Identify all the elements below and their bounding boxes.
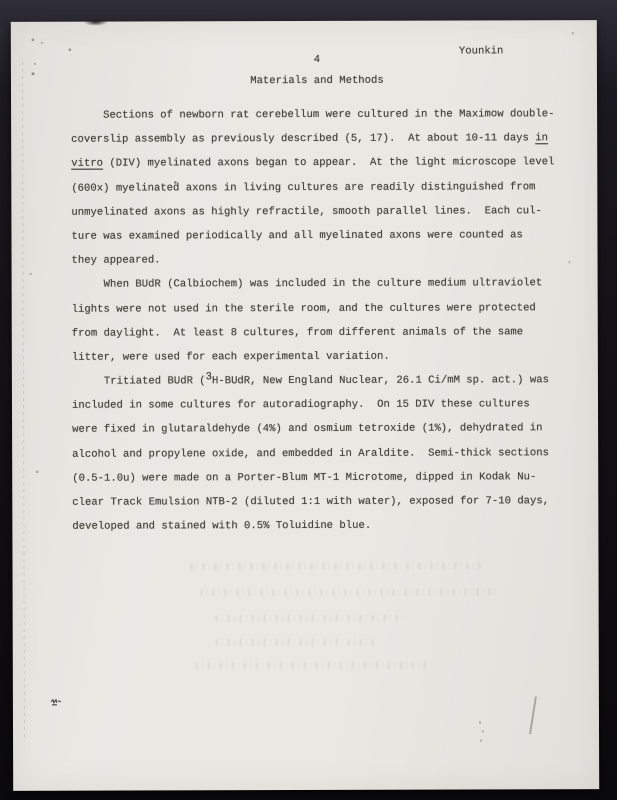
text-line: alcohol and propylene oxide, and embedde… [72, 441, 574, 467]
text-line: ture was examined periodically and all m… [71, 223, 573, 249]
ghost-impression [201, 588, 501, 596]
ink-smudge [49, 696, 65, 714]
text-line: (600x) myelinated axons in living cultur… [71, 175, 573, 201]
text-line: coverslip assembly as previously describ… [71, 126, 573, 152]
text-line: included in some cultures for autoradiog… [72, 392, 574, 418]
ghost-impression [216, 639, 376, 647]
paragraphs: Sections of newborn rat cerebellum were … [71, 102, 574, 539]
page-number: 4 [71, 53, 563, 67]
ghost-impression [216, 615, 406, 623]
text-line: lights were not used in the sterile room… [72, 296, 574, 322]
paper-specks [11, 22, 13, 24]
text-line: litter, were used for each experimental … [72, 344, 574, 370]
text-line: developed and stained with 0.5% Toluidin… [72, 513, 574, 539]
text-line: were fixed in glutaraldehyde (4%) and os… [72, 417, 574, 443]
text-line: Sections of newborn rat cerebellum were … [71, 102, 573, 128]
text-line: vitro (DIV) myelinated axons began to ap… [71, 151, 573, 177]
text-line: clear Track Emulsion NTB-2 (diluted 1:1 … [72, 489, 574, 515]
text-line: they appeared. [72, 247, 574, 273]
text-line: unmyelinated axons as highly refractile,… [71, 199, 573, 225]
section-heading: Materials and Methods [71, 74, 563, 88]
ghost-impression [196, 662, 436, 670]
scanned-page-canvas: Younkin 4 Materials and Methods Sections… [0, 0, 617, 800]
text-line: When BUdR (Calbiochem) was included in t… [72, 271, 574, 297]
left-crease-line [22, 62, 25, 742]
paper-sheet: Younkin 4 Materials and Methods Sections… [11, 20, 599, 791]
scratch-mark [529, 696, 536, 734]
text-line: Tritiated BUdR (3H-BUdR, New England Nuc… [72, 368, 574, 394]
ghost-impression [190, 562, 480, 570]
text-line: from daylight. At least 8 cultures, from… [72, 320, 574, 346]
edge-smudge [84, 21, 108, 26]
text-line: (0.5-1.0u) were made on a Porter-Blum MT… [72, 465, 574, 491]
